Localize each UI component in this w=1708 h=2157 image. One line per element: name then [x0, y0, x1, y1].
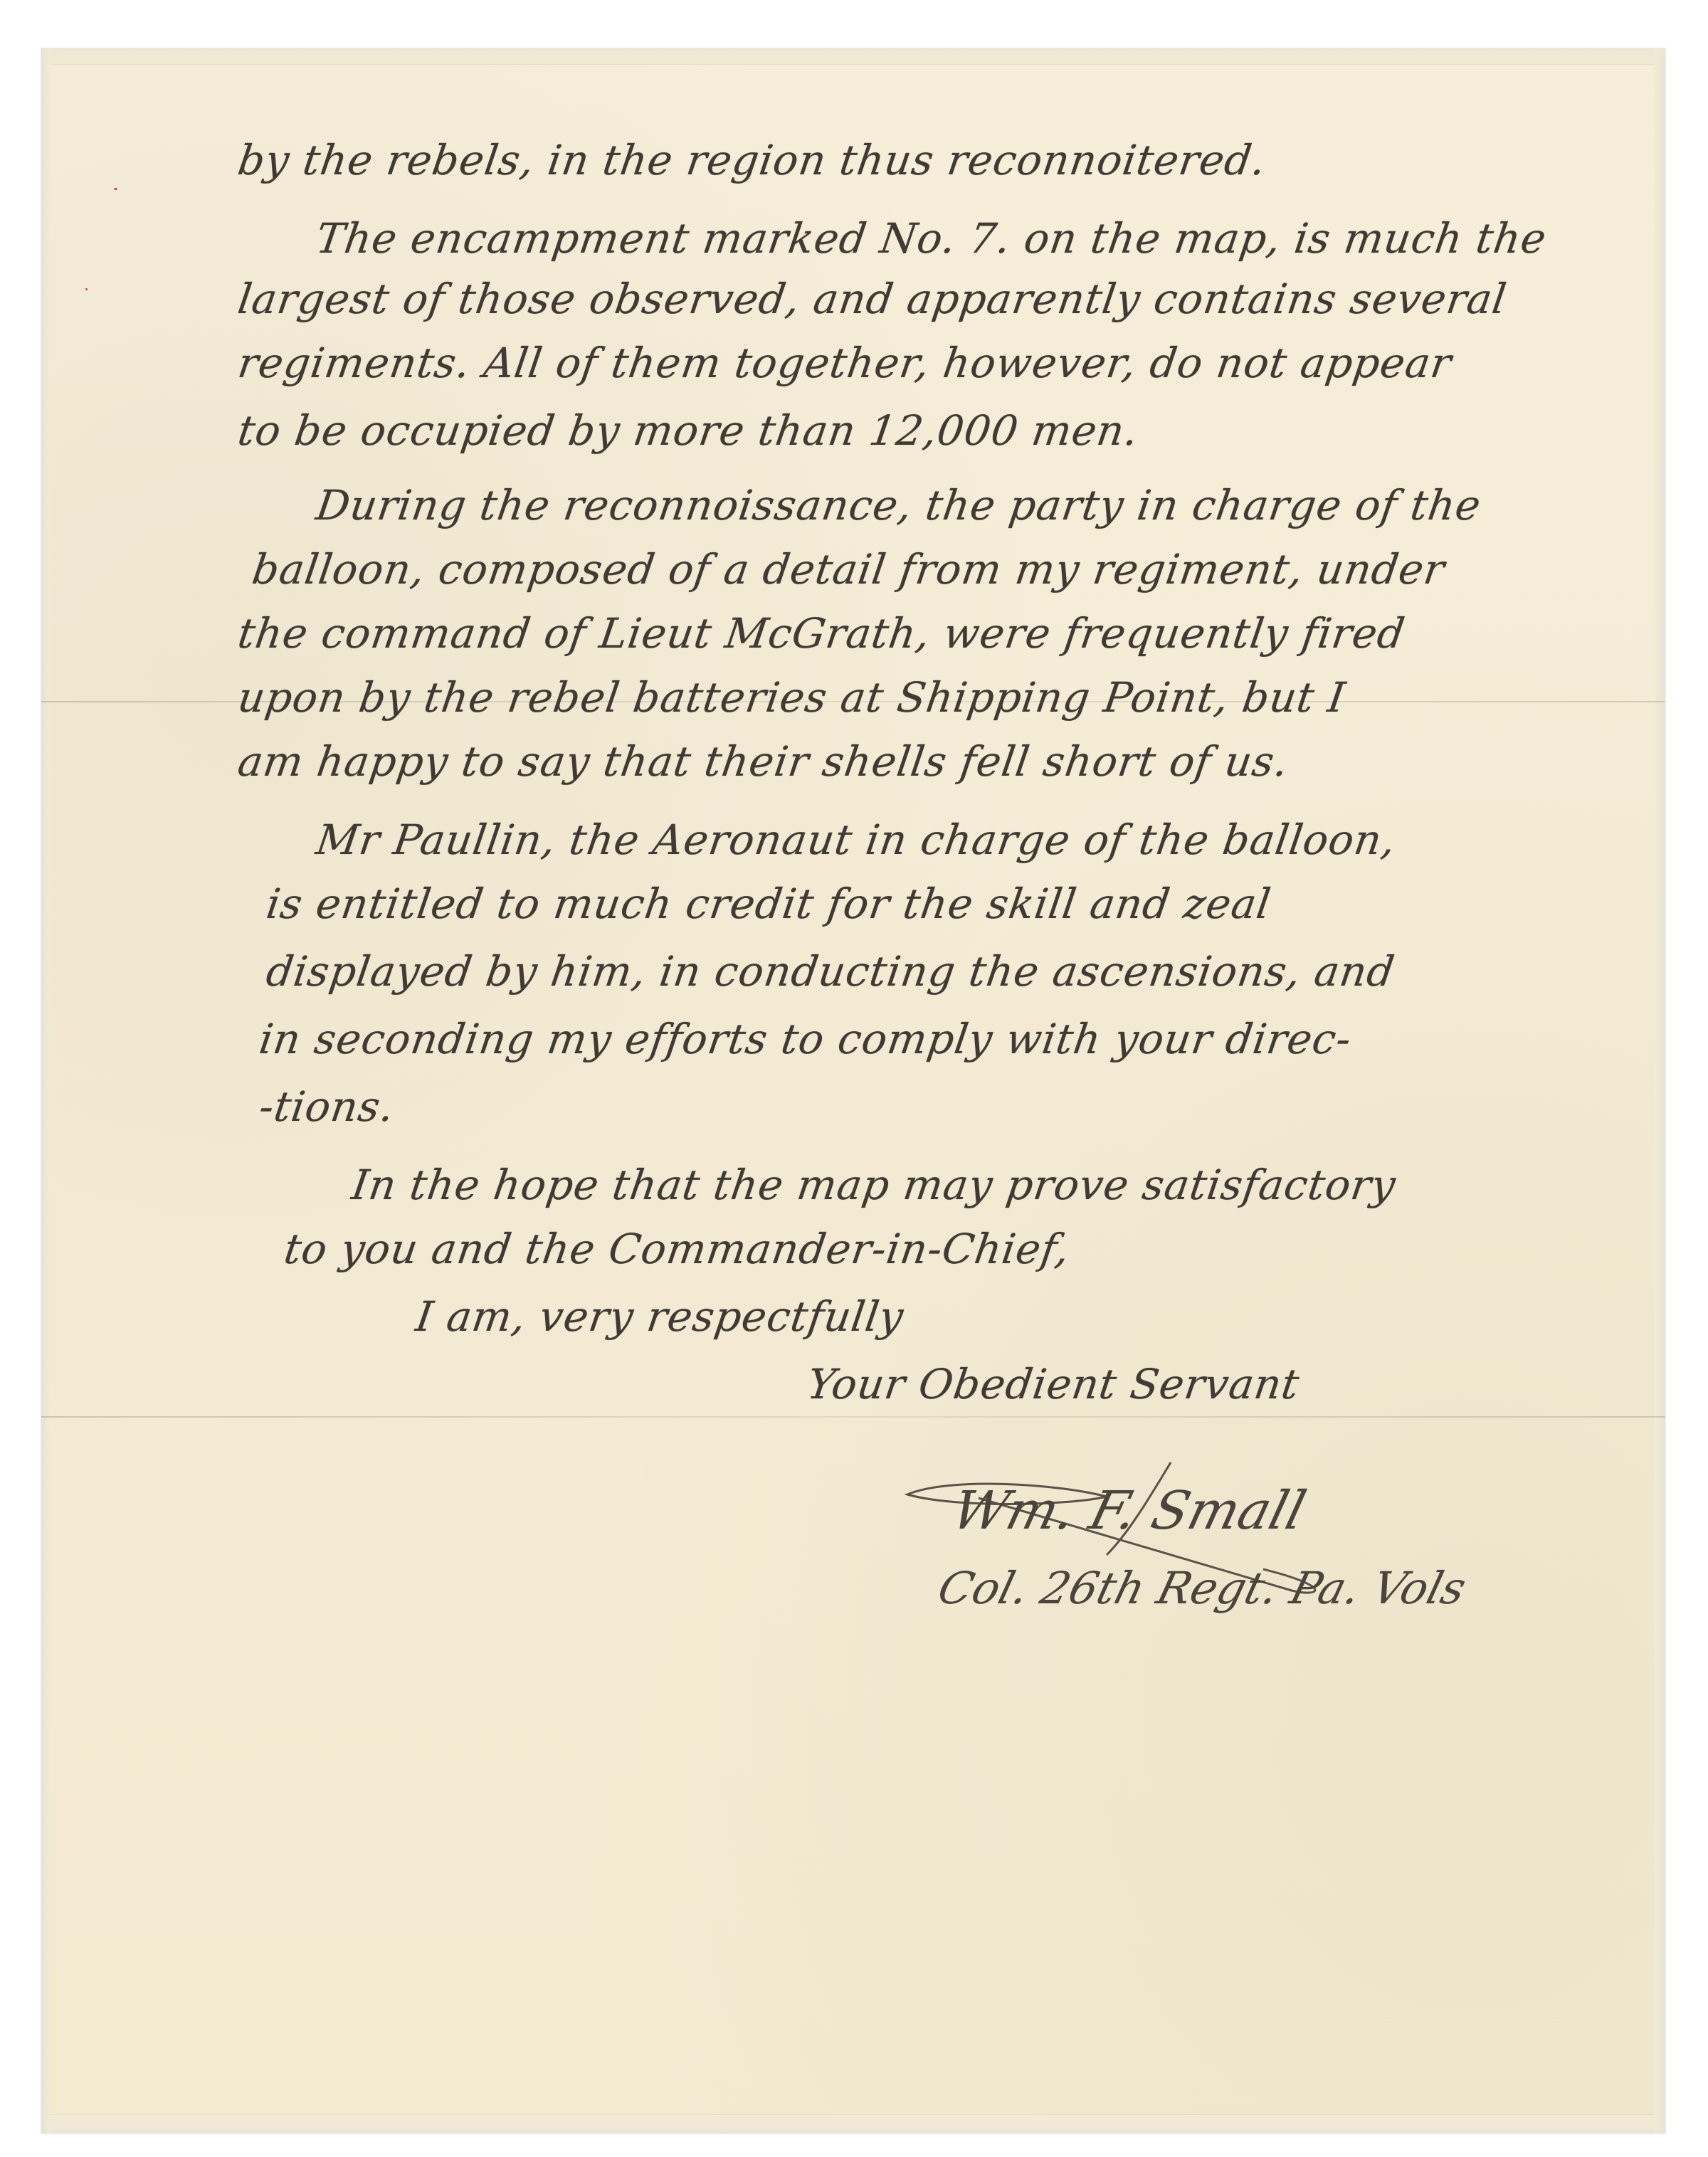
letter-line: am happy to say that their shells fell s… [235, 737, 1292, 786]
letter-line: in seconding my efforts to comply with y… [256, 1014, 1354, 1064]
letter-line: to you and the Commander-in-Chief, [281, 1224, 1073, 1274]
letter-line: The encampment marked No. 7. on the map,… [313, 213, 1550, 263]
letter-line: During the reconnoissance, the party in … [313, 480, 1485, 530]
letter-line: balloon, composed of a detail from my re… [249, 544, 1448, 594]
closing-servant: Your Obedient Servant [804, 1359, 1302, 1409]
signature-name: Wm. F. Small [946, 1480, 1312, 1541]
signature-title: Col. 26th Regt. Pa. Vols [933, 1562, 1471, 1614]
letter-line: displayed by him, in conducting the asce… [263, 946, 1398, 996]
letter-line: Mr Paullin, the Aeronaut in charge of th… [313, 815, 1399, 865]
letter-line: regiments. All of them together, however… [235, 338, 1455, 388]
letter-line: In the hope that the map may prove satis… [349, 1160, 1399, 1210]
letter-line: largest of those observed, and apparentl… [235, 274, 1510, 324]
letter-line: to be occupied by more than 12,000 men. [235, 406, 1142, 455]
letter-body: by the rebels, in the region thus reconn… [0, 0, 1708, 2157]
letter-line: by the rebels, in the region thus reconn… [235, 135, 1270, 185]
closing-respectfully: I am, very respectfully [413, 1292, 907, 1341]
letter-line: upon by the rebel batteries at Shipping … [235, 673, 1349, 722]
letter-line: -tions. [256, 1082, 398, 1132]
letter-line: is entitled to much credit for the skill… [263, 879, 1275, 929]
letter-line: the command of Lieut McGrath, were frequ… [235, 608, 1408, 658]
